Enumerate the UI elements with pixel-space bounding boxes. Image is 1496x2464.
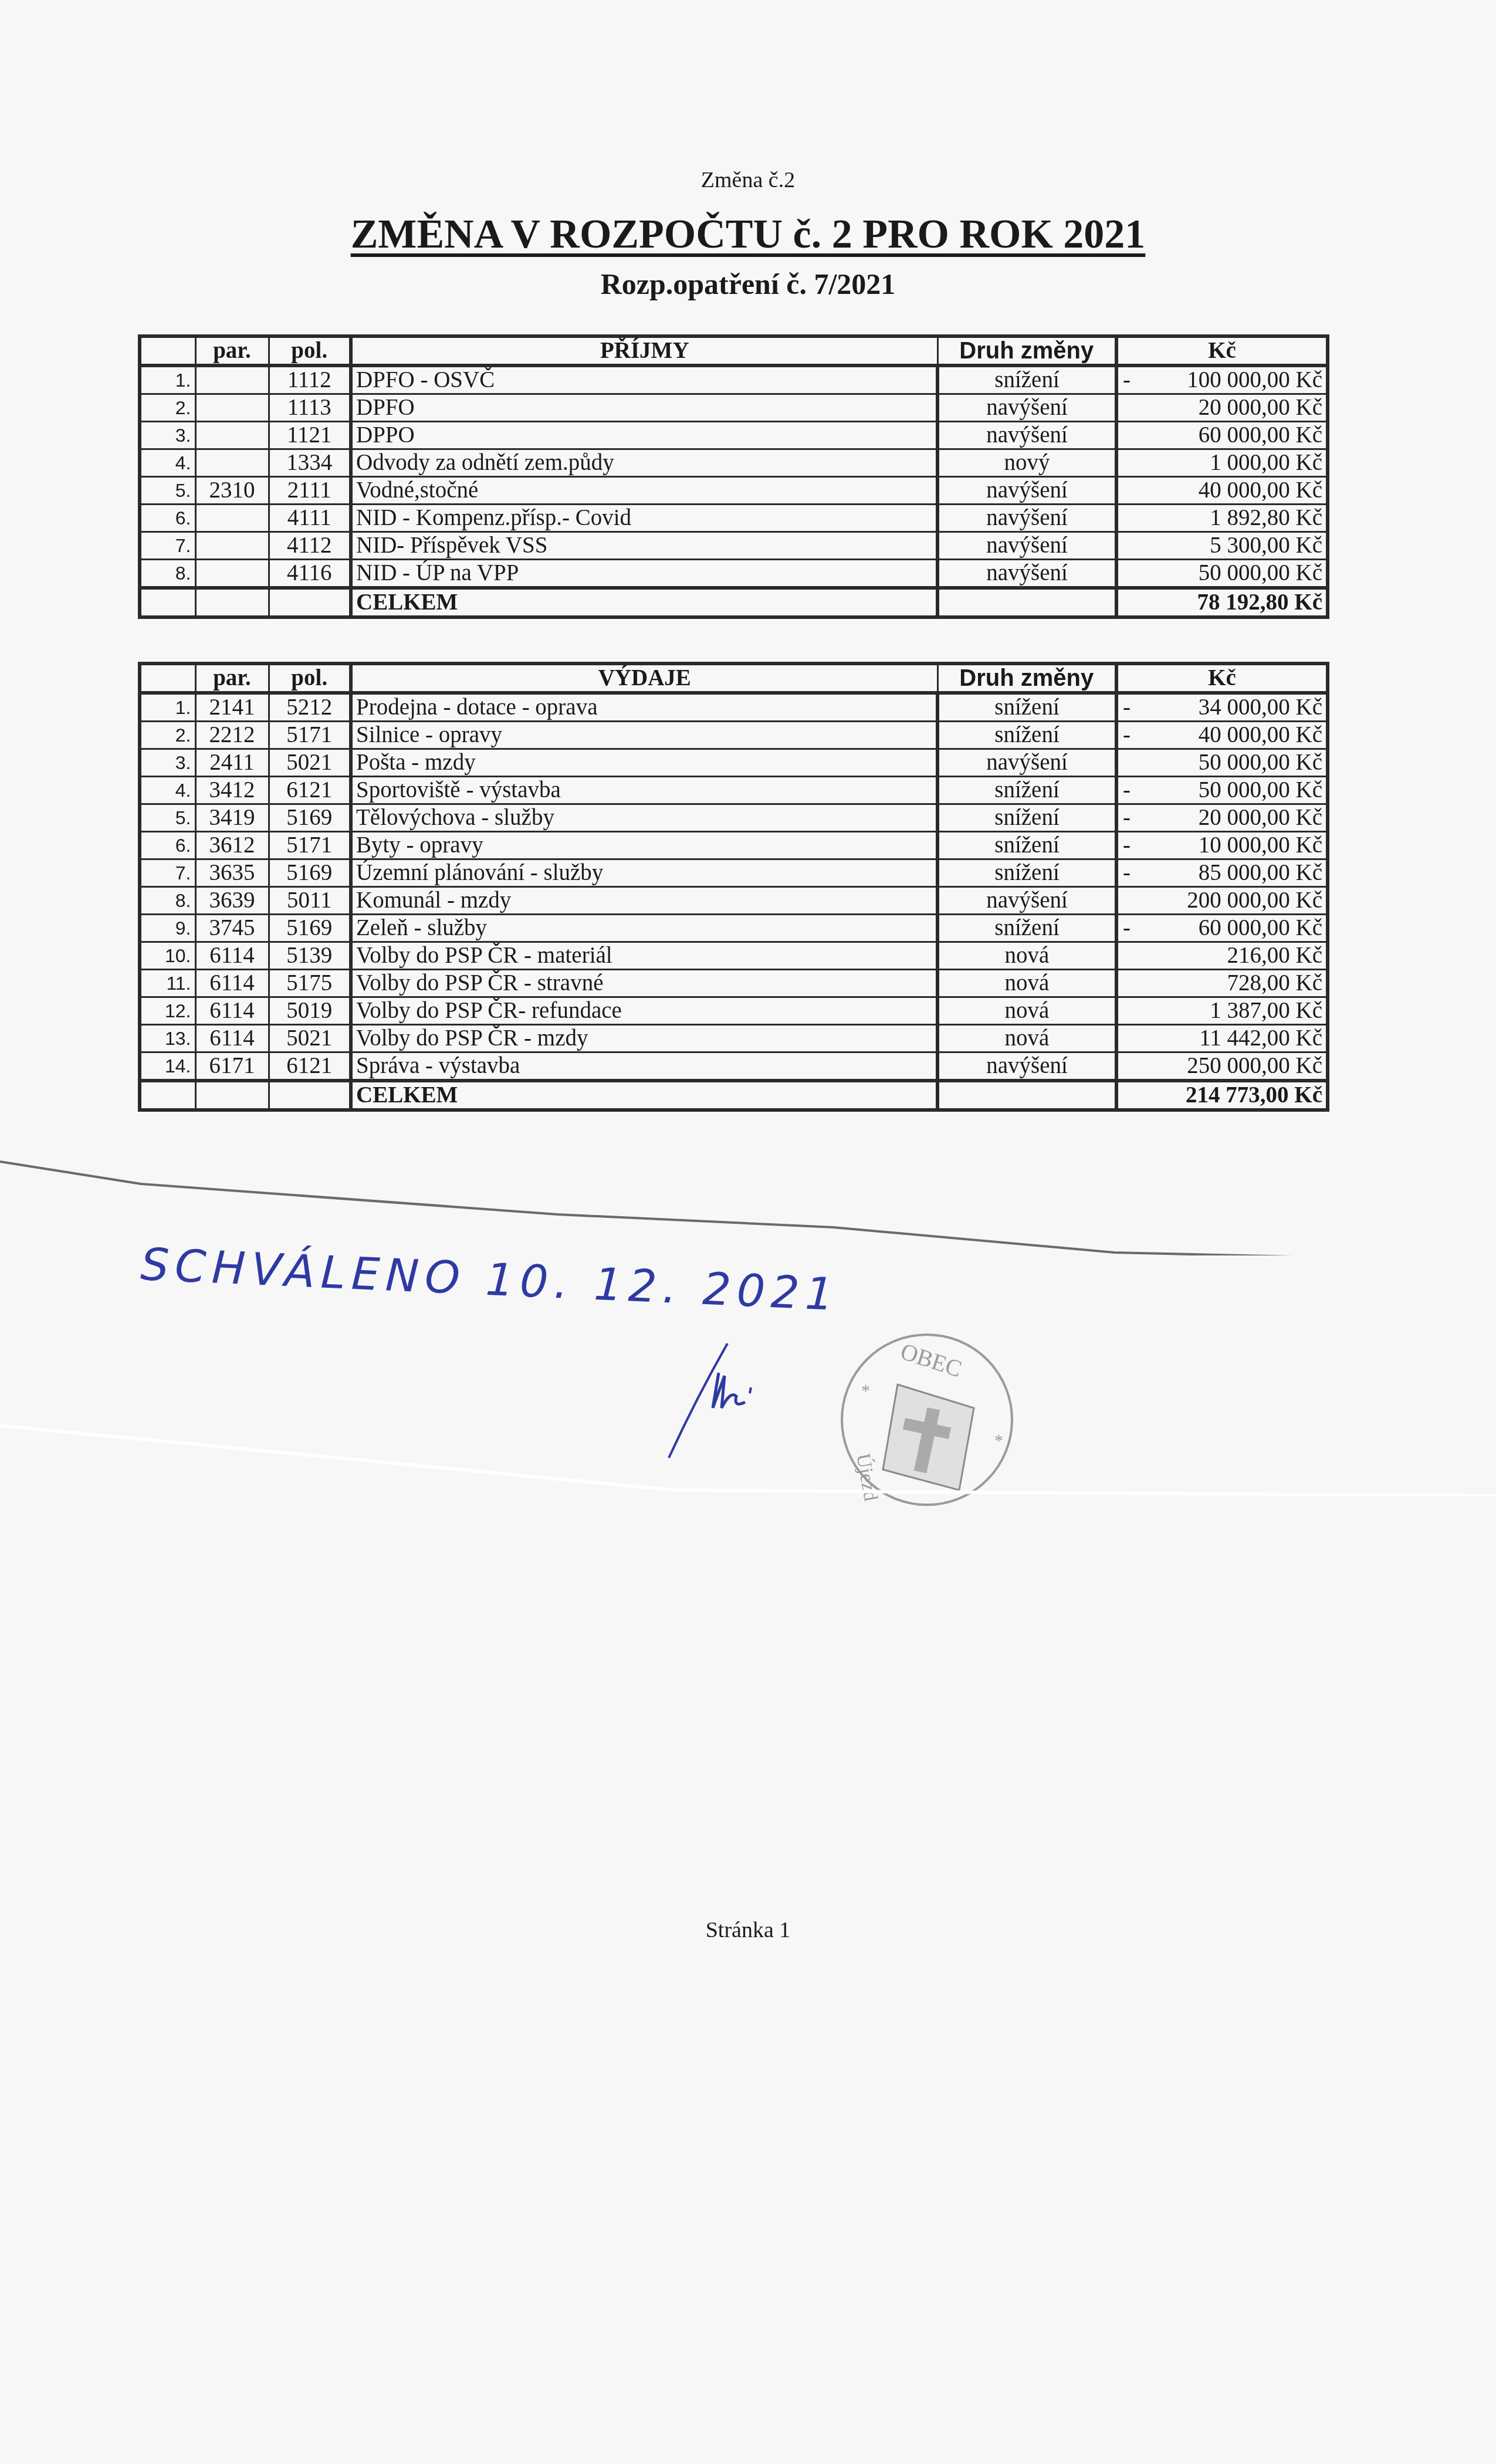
- row-paragraph: 3745: [195, 915, 269, 942]
- row-amount-cell: -60 000,00 Kč: [1116, 915, 1328, 942]
- row-amount: 40 000,00 Kč: [1199, 478, 1322, 503]
- row-number: 5.: [140, 804, 195, 832]
- row-item-code: 4111: [269, 505, 351, 532]
- row-paragraph: 6114: [195, 942, 269, 970]
- row-amount-cell: 1 000,00 Kč: [1116, 449, 1328, 477]
- row-item-code: 5169: [269, 859, 351, 887]
- row-item-code: 5139: [269, 942, 351, 970]
- row-description: Silnice - opravy: [351, 722, 937, 749]
- row-amount-cell: 60 000,00 Kč: [1116, 422, 1328, 449]
- row-description: Volby do PSP ČR - stravné: [351, 970, 937, 997]
- row-amount: 50 000,00 Kč: [1199, 750, 1322, 775]
- col-header-change-type: Druh změny: [937, 664, 1116, 693]
- row-paragraph: 6114: [195, 1025, 269, 1052]
- col-header-change-type: Druh změny: [937, 336, 1116, 365]
- row-number: 12.: [140, 997, 195, 1025]
- expense-table: par. pol. VÝDAJE Druh změny Kč 1.2141521…: [138, 662, 1329, 1112]
- row-item-code: 5175: [269, 970, 351, 997]
- row-number: 6.: [140, 832, 195, 859]
- table-row: 12.61145019Volby do PSP ČR- refundacenov…: [140, 997, 1328, 1025]
- table-header-row: par. pol. VÝDAJE Druh změny Kč: [140, 664, 1328, 693]
- row-amount-cell: 50 000,00 Kč: [1116, 749, 1328, 777]
- row-amount: 85 000,00 Kč: [1199, 860, 1322, 885]
- row-description: Tělovýchova - služby: [351, 804, 937, 832]
- row-amount-cell: 5 300,00 Kč: [1116, 532, 1328, 560]
- row-paragraph: 6114: [195, 997, 269, 1025]
- row-description: DPPO: [351, 422, 937, 449]
- row-paragraph: 2310: [195, 477, 269, 505]
- row-paragraph: [195, 505, 269, 532]
- row-description: Odvody za odnětí zem.půdy: [351, 449, 937, 477]
- document-small-title: Změna č.2: [0, 167, 1496, 193]
- row-amount-cell: 20 000,00 Kč: [1116, 394, 1328, 422]
- row-number: 10.: [140, 942, 195, 970]
- table-row: 9.37455169Zeleň - službysnížení-60 000,0…: [140, 915, 1328, 942]
- table-row: 8.4116NID - ÚP na VPPnavýšení50 000,00 K…: [140, 560, 1328, 588]
- row-amount: 60 000,00 Kč: [1199, 915, 1322, 940]
- table-row: 13.61145021Volby do PSP ČR - mzdynová11 …: [140, 1025, 1328, 1052]
- row-change-type: navýšení: [937, 887, 1116, 915]
- total-label: CELKEM: [351, 588, 937, 617]
- row-change-type: navýšení: [937, 749, 1116, 777]
- document-title: ZMĚNA V ROZPOČTU č. 2 PRO ROK 2021: [0, 211, 1496, 258]
- row-amount: 60 000,00 Kč: [1199, 422, 1322, 448]
- row-item-code: 5019: [269, 997, 351, 1025]
- row-number: 2.: [140, 394, 195, 422]
- total-change-type: [937, 1081, 1116, 1110]
- row-description: Volby do PSP ČR- refundace: [351, 997, 937, 1025]
- row-number: 13.: [140, 1025, 195, 1052]
- row-amount-cell: 40 000,00 Kč: [1116, 477, 1328, 505]
- row-number: 4.: [140, 449, 195, 477]
- row-amount: 20 000,00 Kč: [1199, 805, 1322, 830]
- row-description: Sportoviště - výstavba: [351, 777, 937, 804]
- table-row: 6.4111NID - Kompenz.přísp.- Covidnavýšen…: [140, 505, 1328, 532]
- row-amount: 50 000,00 Kč: [1199, 777, 1322, 803]
- row-number: 9.: [140, 915, 195, 942]
- row-description: Zeleň - služby: [351, 915, 937, 942]
- svg-text:*: *: [861, 1381, 870, 1400]
- stamp-text-top: OBEC: [898, 1338, 965, 1382]
- row-amount: 40 000,00 Kč: [1199, 722, 1322, 747]
- row-change-type: nová: [937, 942, 1116, 970]
- total-num: [140, 1081, 195, 1110]
- row-amount-sign: -: [1123, 915, 1131, 941]
- row-amount-sign: -: [1123, 695, 1131, 720]
- row-change-type: navýšení: [937, 505, 1116, 532]
- table-row: 5.34195169Tělovýchova - službysnížení-20…: [140, 804, 1328, 832]
- row-amount: 1 387,00 Kč: [1210, 998, 1322, 1023]
- row-description: DPFO - OSVČ: [351, 365, 937, 394]
- row-amount: 10 000,00 Kč: [1199, 832, 1322, 858]
- row-change-type: nová: [937, 1025, 1116, 1052]
- total-row: CELKEM 214 773,00 Kč: [140, 1081, 1328, 1110]
- table-row: 6.36125171Byty - opravysnížení-10 000,00…: [140, 832, 1328, 859]
- row-paragraph: 3612: [195, 832, 269, 859]
- row-change-type: navýšení: [937, 560, 1116, 588]
- row-description: Volby do PSP ČR - mzdy: [351, 1025, 937, 1052]
- row-amount-cell: 200 000,00 Kč: [1116, 887, 1328, 915]
- row-amount-cell: 1 892,80 Kč: [1116, 505, 1328, 532]
- paper-fold-line: [0, 1138, 1496, 1255]
- row-amount-cell: -10 000,00 Kč: [1116, 832, 1328, 859]
- row-change-type: navýšení: [937, 1052, 1116, 1081]
- col-header-amount: Kč: [1116, 336, 1328, 365]
- row-change-type: snížení: [937, 832, 1116, 859]
- row-number: 11.: [140, 970, 195, 997]
- row-change-type: snížení: [937, 365, 1116, 394]
- col-header-par: par.: [195, 336, 269, 365]
- row-change-type: snížení: [937, 915, 1116, 942]
- row-amount: 11 442,00 Kč: [1199, 1025, 1322, 1051]
- table-row: 1.21415212Prodejna - dotace - opravasníž…: [140, 693, 1328, 722]
- row-amount-cell: 250 000,00 Kč: [1116, 1052, 1328, 1081]
- row-amount-sign: -: [1123, 722, 1131, 748]
- row-amount: 1 000,00 Kč: [1210, 450, 1322, 475]
- row-amount-cell: 216,00 Kč: [1116, 942, 1328, 970]
- row-number: 7.: [140, 859, 195, 887]
- row-item-code: 5171: [269, 722, 351, 749]
- table-row: 11.61145175Volby do PSP ČR - stravnénová…: [140, 970, 1328, 997]
- row-description: Pošta - mzdy: [351, 749, 937, 777]
- row-change-type: nová: [937, 997, 1116, 1025]
- col-header-pol: pol.: [269, 664, 351, 693]
- row-paragraph: [195, 422, 269, 449]
- row-item-code: 1121: [269, 422, 351, 449]
- row-amount-sign: -: [1123, 860, 1131, 886]
- row-amount-sign: -: [1123, 805, 1131, 831]
- table-row: 4.1334Odvody za odnětí zem.půdynový1 000…: [140, 449, 1328, 477]
- row-description: Komunál - mzdy: [351, 887, 937, 915]
- row-change-type: snížení: [937, 777, 1116, 804]
- row-paragraph: 3412: [195, 777, 269, 804]
- row-paragraph: [195, 449, 269, 477]
- row-paragraph: [195, 394, 269, 422]
- total-par: [195, 588, 269, 617]
- row-item-code: 1334: [269, 449, 351, 477]
- row-paragraph: 6171: [195, 1052, 269, 1081]
- row-item-code: 1112: [269, 365, 351, 394]
- row-amount-sign: -: [1123, 367, 1131, 393]
- row-description: Správa - výstavba: [351, 1052, 937, 1081]
- table-row: 2.1113DPFOnavýšení20 000,00 Kč: [140, 394, 1328, 422]
- row-number: 1.: [140, 693, 195, 722]
- row-description: NID - Kompenz.přísp.- Covid: [351, 505, 937, 532]
- row-amount-cell: 728,00 Kč: [1116, 970, 1328, 997]
- row-paragraph: [195, 560, 269, 588]
- row-item-code: 4116: [269, 560, 351, 588]
- col-header-description: VÝDAJE: [351, 664, 937, 693]
- row-description: Byty - opravy: [351, 832, 937, 859]
- row-number: 3.: [140, 422, 195, 449]
- table-row: 7.36355169Územní plánování - službysníže…: [140, 859, 1328, 887]
- row-number: 4.: [140, 777, 195, 804]
- row-amount: 5 300,00 Kč: [1210, 533, 1322, 558]
- table-row: 5.23102111Vodné,stočnénavýšení40 000,00 …: [140, 477, 1328, 505]
- row-item-code: 2111: [269, 477, 351, 505]
- total-par: [195, 1081, 269, 1110]
- row-amount: 216,00 Kč: [1227, 943, 1322, 968]
- row-number: 3.: [140, 749, 195, 777]
- row-description: NID - ÚP na VPP: [351, 560, 937, 588]
- row-item-code: 5011: [269, 887, 351, 915]
- row-amount: 728,00 Kč: [1227, 970, 1322, 996]
- table-row: 10.61145139Volby do PSP ČR - materiálnov…: [140, 942, 1328, 970]
- col-header-pol: pol.: [269, 336, 351, 365]
- row-item-code: 5021: [269, 1025, 351, 1052]
- row-number: 8.: [140, 887, 195, 915]
- row-paragraph: 2141: [195, 693, 269, 722]
- row-paragraph: 6114: [195, 970, 269, 997]
- row-change-type: navýšení: [937, 394, 1116, 422]
- row-item-code: 5212: [269, 693, 351, 722]
- total-row: CELKEM 78 192,80 Kč: [140, 588, 1328, 617]
- row-amount: 250 000,00 Kč: [1187, 1053, 1322, 1078]
- row-item-code: 5169: [269, 915, 351, 942]
- document-subtitle: Rozp.opatření č. 7/2021: [0, 267, 1496, 301]
- total-change-type: [937, 588, 1116, 617]
- row-amount: 20 000,00 Kč: [1199, 395, 1322, 420]
- income-table: par. pol. PŘÍJMY Druh změny Kč 1.1112DPF…: [138, 334, 1329, 619]
- table-row: 4.34126121Sportoviště - výstavbasnížení-…: [140, 777, 1328, 804]
- row-paragraph: 2411: [195, 749, 269, 777]
- col-header-amount: Kč: [1116, 664, 1328, 693]
- row-amount-cell: 1 387,00 Kč: [1116, 997, 1328, 1025]
- row-change-type: snížení: [937, 693, 1116, 722]
- row-amount: 50 000,00 Kč: [1199, 560, 1322, 585]
- row-paragraph: 3635: [195, 859, 269, 887]
- col-header-num: [140, 664, 195, 693]
- row-number: 7.: [140, 532, 195, 560]
- table-row: 3.1121DPPOnavýšení60 000,00 Kč: [140, 422, 1328, 449]
- row-change-type: navýšení: [937, 532, 1116, 560]
- total-label: CELKEM: [351, 1081, 937, 1110]
- row-item-code: 5021: [269, 749, 351, 777]
- row-paragraph: [195, 365, 269, 394]
- income-rows: 1.1112DPFO - OSVČsnížení-100 000,00 Kč2.…: [140, 365, 1328, 588]
- col-header-description: PŘÍJMY: [351, 336, 937, 365]
- row-number: 5.: [140, 477, 195, 505]
- table-header-row: par. pol. PŘÍJMY Druh změny Kč: [140, 336, 1328, 365]
- row-amount-cell: -50 000,00 Kč: [1116, 777, 1328, 804]
- row-description: NID- Příspěvek VSS: [351, 532, 937, 560]
- row-description: Vodné,stočné: [351, 477, 937, 505]
- row-change-type: snížení: [937, 722, 1116, 749]
- total-amount: 214 773,00 Kč: [1116, 1081, 1328, 1110]
- row-item-code: 4112: [269, 532, 351, 560]
- row-description: DPFO: [351, 394, 937, 422]
- row-amount: 34 000,00 Kč: [1199, 695, 1322, 720]
- row-amount-cell: -20 000,00 Kč: [1116, 804, 1328, 832]
- table-row: 2.22125171Silnice - opravysnížení-40 000…: [140, 722, 1328, 749]
- row-number: 6.: [140, 505, 195, 532]
- row-description: Prodejna - dotace - oprava: [351, 693, 937, 722]
- row-amount: 200 000,00 Kč: [1187, 888, 1322, 913]
- expense-rows: 1.21415212Prodejna - dotace - opravasníž…: [140, 693, 1328, 1081]
- row-change-type: snížení: [937, 859, 1116, 887]
- scan-paper-edge: [0, 1408, 1496, 1496]
- total-pol: [269, 588, 351, 617]
- row-amount: 100 000,00 Kč: [1187, 367, 1322, 392]
- total-pol: [269, 1081, 351, 1110]
- col-header-par: par.: [195, 664, 269, 693]
- row-amount-cell: 11 442,00 Kč: [1116, 1025, 1328, 1052]
- row-paragraph: 2212: [195, 722, 269, 749]
- table-row: 7.4112NID- Příspěvek VSSnavýšení5 300,00…: [140, 532, 1328, 560]
- row-item-code: 1113: [269, 394, 351, 422]
- row-description: Volby do PSP ČR - materiál: [351, 942, 937, 970]
- row-item-code: 6121: [269, 1052, 351, 1081]
- col-header-num: [140, 336, 195, 365]
- total-amount: 78 192,80 Kč: [1116, 588, 1328, 617]
- row-amount-sign: -: [1123, 832, 1131, 858]
- row-change-type: navýšení: [937, 422, 1116, 449]
- page-number: Stránka 1: [0, 1917, 1496, 1943]
- row-paragraph: [195, 532, 269, 560]
- row-number: 1.: [140, 365, 195, 394]
- row-amount-cell: -100 000,00 Kč: [1116, 365, 1328, 394]
- row-number: 8.: [140, 560, 195, 588]
- row-amount-cell: -34 000,00 Kč: [1116, 693, 1328, 722]
- row-amount-cell: -85 000,00 Kč: [1116, 859, 1328, 887]
- row-change-type: navýšení: [937, 477, 1116, 505]
- row-amount-cell: -40 000,00 Kč: [1116, 722, 1328, 749]
- row-item-code: 6121: [269, 777, 351, 804]
- row-change-type: snížení: [937, 804, 1116, 832]
- row-item-code: 5169: [269, 804, 351, 832]
- total-num: [140, 588, 195, 617]
- row-amount-sign: -: [1123, 777, 1131, 803]
- row-amount-cell: 50 000,00 Kč: [1116, 560, 1328, 588]
- row-paragraph: 3419: [195, 804, 269, 832]
- table-row: 14.61716121Správa - výstavbanavýšení250 …: [140, 1052, 1328, 1081]
- row-paragraph: 3639: [195, 887, 269, 915]
- row-number: 2.: [140, 722, 195, 749]
- table-row: 3.24115021Pošta - mzdynavýšení50 000,00 …: [140, 749, 1328, 777]
- table-row: 8.36395011Komunál - mzdynavýšení200 000,…: [140, 887, 1328, 915]
- row-number: 14.: [140, 1052, 195, 1081]
- row-change-type: nový: [937, 449, 1116, 477]
- row-amount: 1 892,80 Kč: [1210, 505, 1322, 530]
- row-change-type: nová: [937, 970, 1116, 997]
- row-item-code: 5171: [269, 832, 351, 859]
- table-row: 1.1112DPFO - OSVČsnížení-100 000,00 Kč: [140, 365, 1328, 394]
- row-description: Územní plánování - služby: [351, 859, 937, 887]
- document-title-text: ZMĚNA V ROZPOČTU č. 2 PRO ROK 2021: [351, 212, 1146, 257]
